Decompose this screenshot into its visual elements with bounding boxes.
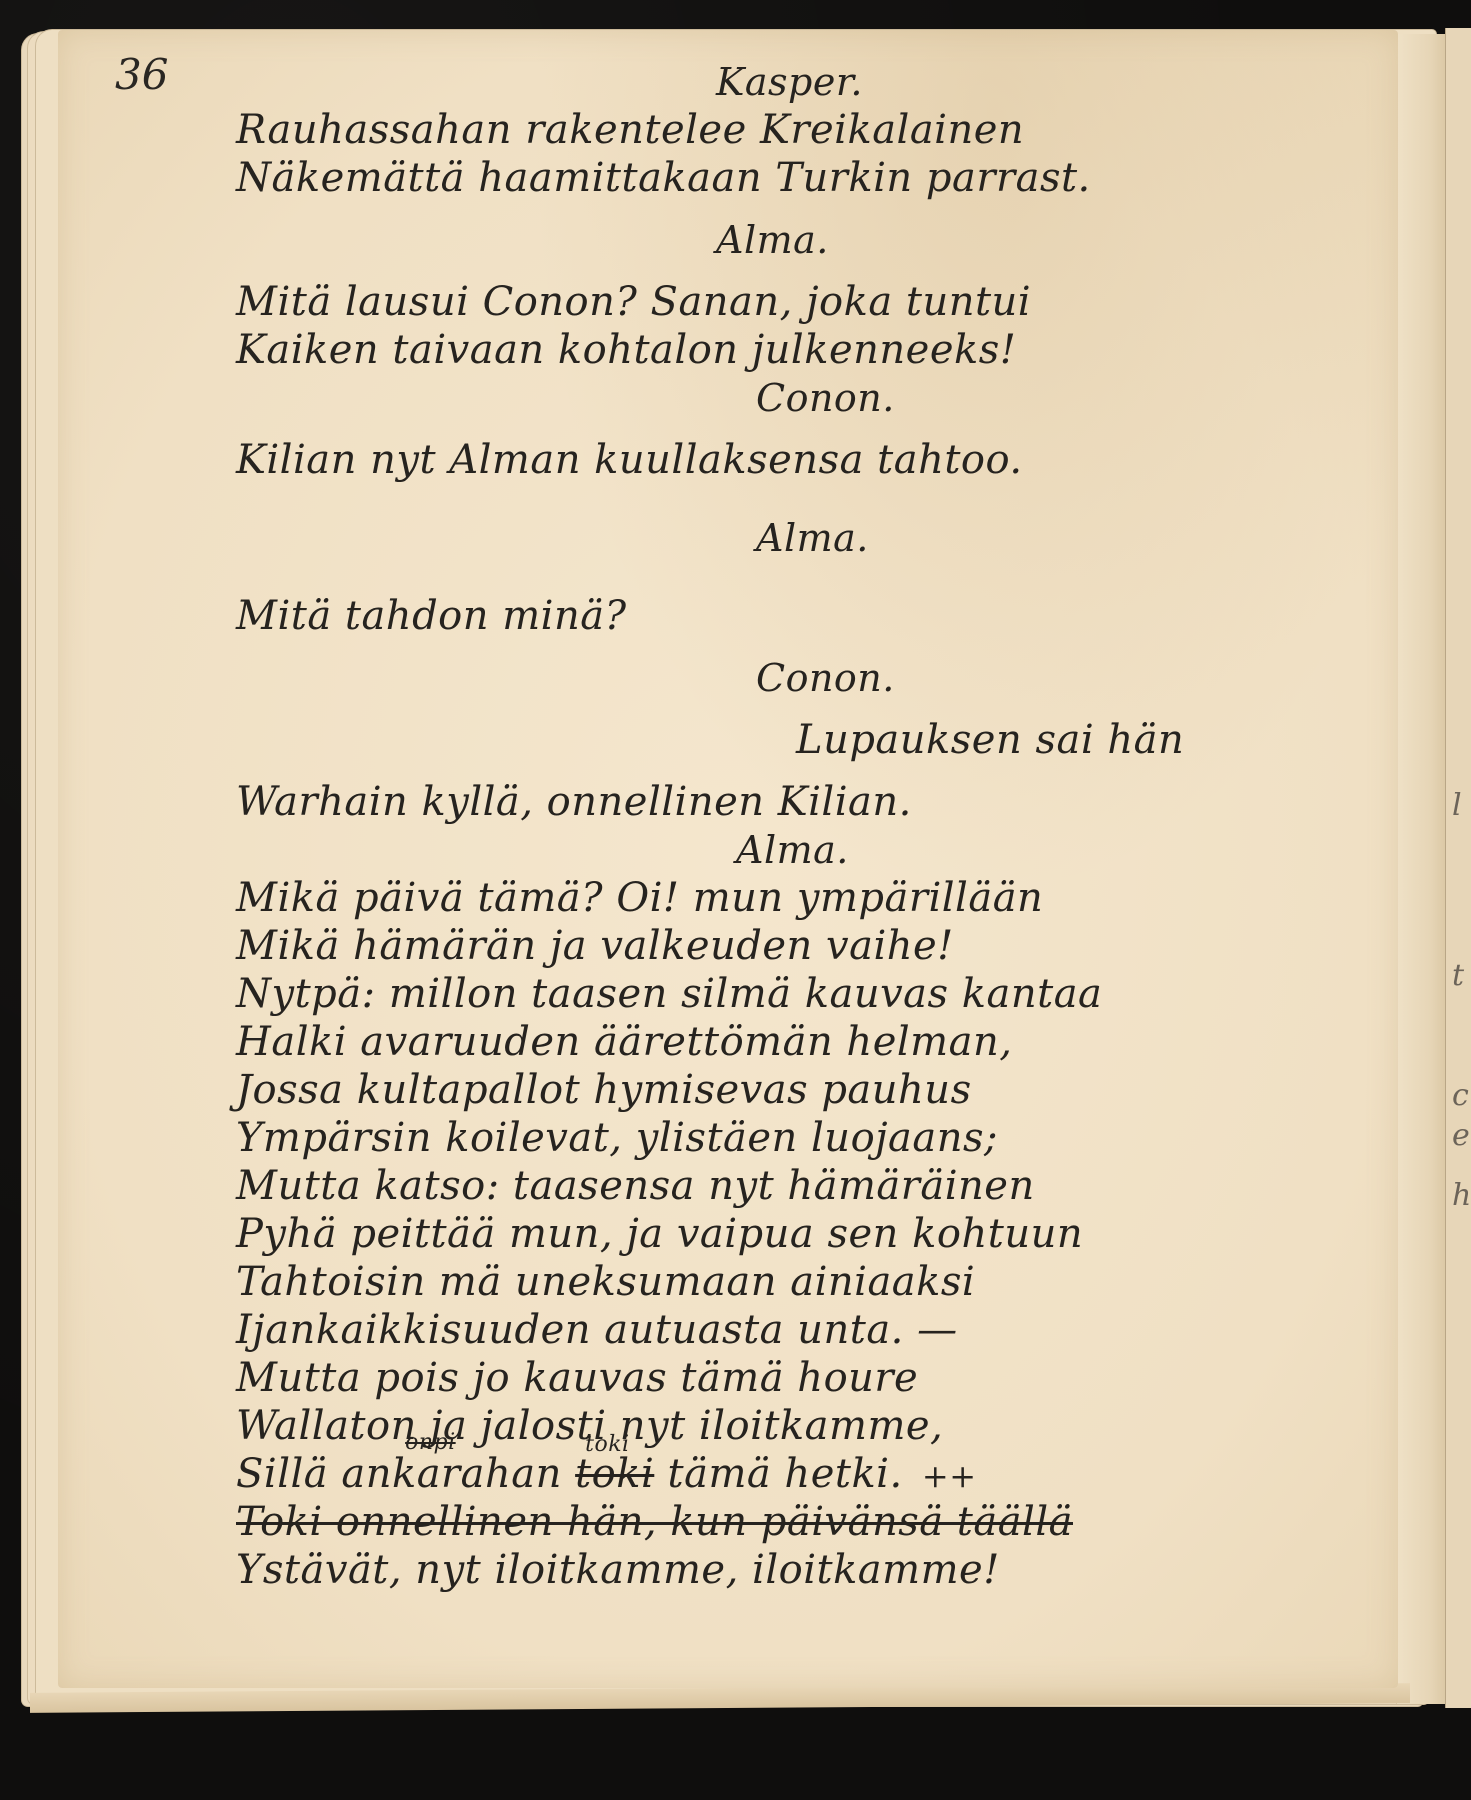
- verse-line: Kaiken taivaan kohtalon julkenneeks!: [236, 326, 1366, 374]
- verse-line: Mitä tahdon minä?: [236, 592, 1366, 640]
- verse-line: Tahtoisin mä uneksumaan ainiaaksi: [236, 1258, 1366, 1306]
- verse-line: Ystävät, nyt iloitkamme, iloitkamme!: [236, 1546, 1366, 1594]
- verse-line: Mutta katso: taasensa nyt hämäräinen: [236, 1162, 1366, 1210]
- speaker-name: Conon.: [236, 374, 1366, 422]
- page-number: 36: [115, 50, 168, 99]
- facing-page-mark: e: [1452, 1118, 1470, 1153]
- facing-page-mark: l: [1452, 788, 1462, 823]
- speaker-name: Alma.: [236, 514, 1366, 562]
- verse-line: Rauhassahan rakentelee Kreikalainen: [236, 106, 1366, 154]
- speaker-name: Alma.: [236, 826, 1366, 874]
- facing-page-mark: c: [1452, 1078, 1469, 1113]
- verse-line-continuation: Lupauksen sai hän: [236, 716, 1366, 764]
- verse-line: Halki avaruuden äärettömän helman,: [236, 1018, 1366, 1066]
- edited-line-start: Sillä ankarahan: [236, 1451, 562, 1497]
- verse-line: Mikä hämärän ja valkeuden vaihe!: [236, 922, 1366, 970]
- speaker-name: Alma.: [236, 216, 1366, 264]
- verse-line: Pyhä peittää mun, ja vaipua sen kohtuun: [236, 1210, 1366, 1258]
- verse-line: Näkemättä haamittakaan Turkin parrast.: [236, 154, 1366, 202]
- verse-line: Mutta pois jo kauvas tämä houre: [236, 1354, 1366, 1402]
- speaker-name: Kasper.: [236, 58, 1366, 106]
- inserted-word: toki: [585, 1421, 629, 1469]
- facing-page-edge: l t c e h: [1445, 28, 1471, 1708]
- verse-line: Ympärsin koilevat, ylistäen luojaans;: [236, 1114, 1366, 1162]
- verse-line: Warhain kyllä, onnellinen Kilian.: [236, 778, 1366, 826]
- margin-mark: ++: [922, 1457, 977, 1495]
- manuscript-scan: l t c e h 36 Kasper. Rauhassahan rakente…: [0, 0, 1471, 1800]
- struck-verse-line: Toki onnellinen hän, kun päivänsä täällä: [236, 1498, 1366, 1546]
- verse-line: Mitä lausui Conon? Sanan, joka tuntui: [236, 278, 1366, 326]
- struck-insertion: onpi: [405, 1419, 456, 1467]
- verse-text: Kasper. Rauhassahan rakentelee Kreikalai…: [236, 58, 1366, 1594]
- correction: onpi toki toki: [575, 1451, 667, 1497]
- facing-page-mark: t: [1452, 958, 1464, 993]
- speaker-name: Conon.: [236, 654, 1366, 702]
- edited-line-end: tämä hetki.: [668, 1451, 903, 1497]
- verse-line: Ijankaikkisuuden autuasta unta. —: [236, 1306, 1366, 1354]
- page-fold: [1396, 34, 1446, 1704]
- verse-line: Kilian nyt Alman kuullaksensa tahtoo.: [236, 436, 1366, 484]
- facing-page-mark: h: [1452, 1178, 1471, 1213]
- verse-line: Nytpä: millon taasen silmä kauvas kantaa: [236, 970, 1366, 1018]
- verse-line: Mikä päivä tämä? Oi! mun ympärillään: [236, 874, 1366, 922]
- verse-line: Jossa kultapallot hymisevas pauhus: [236, 1066, 1366, 1114]
- edited-verse-line: Sillä ankarahan onpi toki toki tämä hetk…: [236, 1450, 1366, 1498]
